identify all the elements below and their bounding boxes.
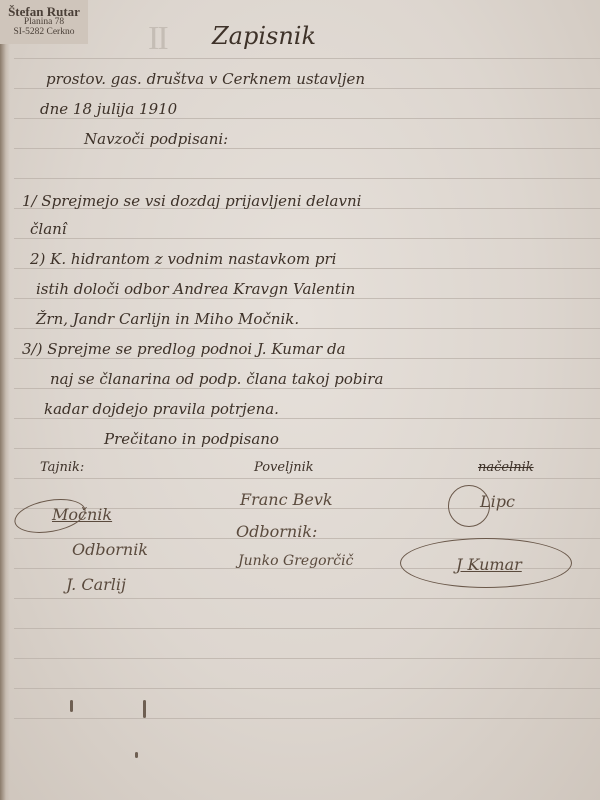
page-edge-shadow	[0, 0, 10, 800]
ruled-line	[14, 628, 600, 629]
role-commander: Poveljnik	[254, 460, 314, 475]
item-line: Žrn, Jandr Carlijn in Miho Močnik.	[36, 310, 299, 328]
item-line: članî	[30, 220, 67, 238]
signature-flourish	[400, 538, 572, 588]
signature-flourish	[12, 494, 88, 538]
ruled-line	[14, 328, 600, 329]
ruled-line	[14, 148, 600, 149]
ruled-line	[14, 178, 600, 179]
owner-stamp: Štefan Rutar Planina 78 SI-5282 Cerkno	[0, 0, 88, 44]
document-title: Zapisnik	[212, 22, 316, 50]
ruled-line	[14, 598, 600, 599]
ink-spot	[70, 700, 73, 712]
ruled-line	[14, 388, 600, 389]
item-line: 1/ Sprejmejo se vsi dozdaj prijavljeni d…	[22, 192, 361, 210]
signature-flourish	[448, 485, 490, 527]
item-line: istih določi odbor Andrea Kravgn Valenti…	[36, 280, 355, 298]
ruled-line	[14, 58, 600, 59]
ruled-line	[14, 358, 600, 359]
signature-carlij: J. Carlij	[66, 575, 126, 594]
ruled-line	[14, 298, 600, 299]
header-line: prostov. gas. društva v Cerknem ustavlje…	[46, 70, 365, 88]
ink-spot	[135, 752, 138, 758]
ruled-line	[14, 238, 600, 239]
roman-numeral: II	[148, 20, 167, 58]
stamp-city: SI-5282 Cerkno	[0, 28, 88, 38]
role-chairman: načelnik	[478, 460, 534, 475]
header-attendees: Navzoči podpisani:	[84, 130, 228, 148]
ruled-line	[14, 418, 600, 419]
ruled-line	[14, 688, 600, 689]
ruled-line	[14, 268, 600, 269]
item-line: 3/) Sprejme se predlog podnoi J. Kumar d…	[22, 340, 346, 358]
item-line: 2) K. hidrantom z vodnim nastavkom pri	[30, 250, 336, 268]
signature-bevk: Franc Bevk	[240, 490, 333, 509]
ruled-line	[14, 88, 600, 89]
signature-odbornik-middle: Odbornik:	[236, 522, 317, 541]
document-page: Štefan Rutar Planina 78 SI-5282 Cerkno I…	[0, 0, 600, 800]
ruled-line	[14, 658, 600, 659]
signature-gregorcic: Junko Gregorčič	[238, 553, 353, 569]
closing-line: Prečitano in podpisano	[104, 430, 279, 448]
ruled-line	[14, 118, 600, 119]
ruled-line	[14, 478, 600, 479]
header-date: dne 18 julija 1910	[40, 100, 177, 118]
ruled-line	[14, 718, 600, 719]
signature-odbornik-left: Odbornik	[72, 540, 148, 559]
item-line: kadar dojdejo pravila potrjena.	[44, 400, 279, 418]
role-secretary: Tajnik:	[40, 460, 84, 475]
ink-spot	[143, 700, 146, 718]
ruled-line	[14, 448, 600, 449]
item-line: naj se članarina od podp. člana takoj po…	[50, 370, 383, 388]
